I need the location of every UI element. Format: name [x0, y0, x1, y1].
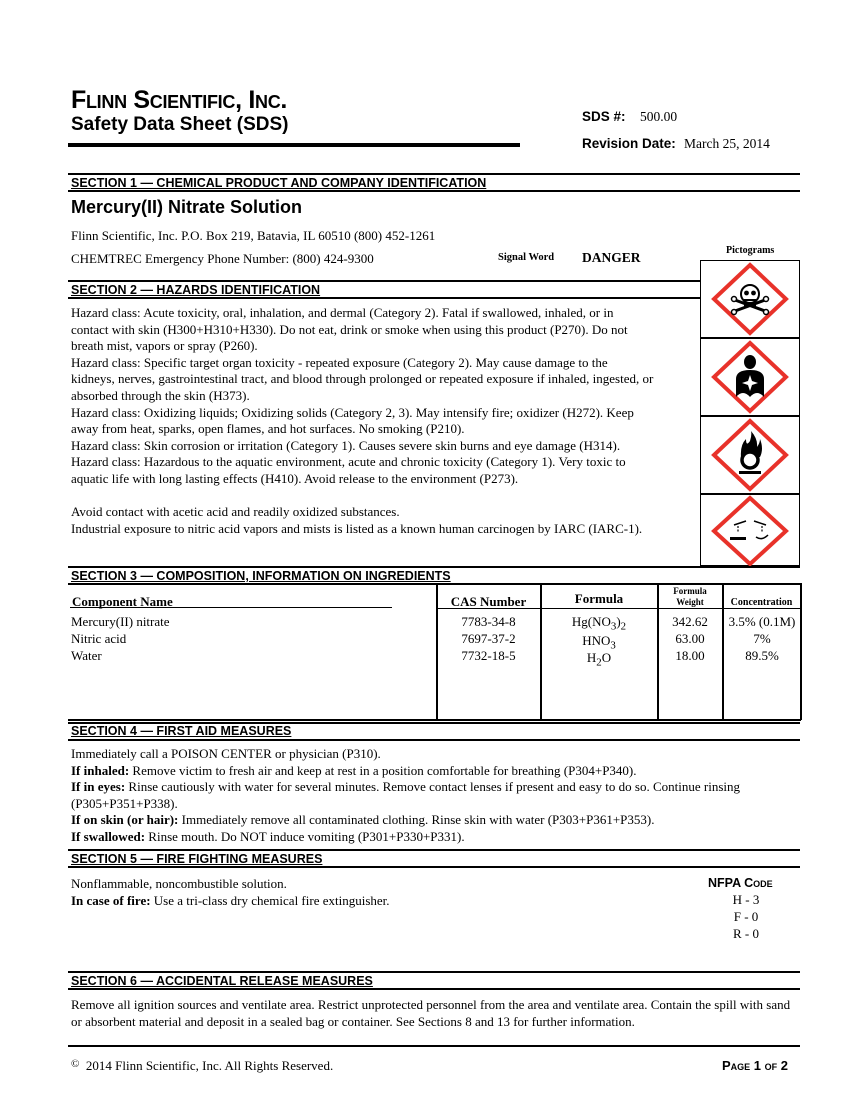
section3-bottom-rule [68, 583, 800, 585]
table-cell-cas: 7783-34-8 [437, 613, 540, 630]
nfpa-reactivity: R - 0 [726, 926, 766, 942]
corrosion-icon [710, 495, 790, 567]
skull-crossbones-icon [710, 261, 790, 337]
copyright-icon: © [71, 1058, 79, 1070]
first-aid-item: If in eyes: Rinse cautiously with water … [71, 779, 801, 812]
hazard-line: absorbed through the skin (H373). [71, 388, 701, 405]
nfpa-code-title: NFPA Code [708, 876, 773, 890]
pictograms-label: Pictograms [726, 245, 774, 256]
first-aid-item: If swallowed: Rinse mouth. Do NOT induce… [71, 829, 801, 846]
sds-number-label: SDS #: [582, 109, 626, 124]
nfpa-health: H - 3 [726, 892, 766, 908]
signal-word: DANGER [582, 250, 641, 266]
first-aid-measures: Immediately call a POISON CENTER or phys… [71, 746, 801, 846]
first-aid-item: If inhaled: Remove victim to fresh air a… [71, 763, 801, 780]
section5-bottom-rule [68, 866, 800, 868]
table-cell-weight: 63.00 [658, 630, 722, 647]
sds-number: 500.00 [640, 109, 677, 125]
section6-title: SECTION 6 — ACCIDENTAL RELEASE MEASURES [71, 974, 373, 988]
hazard-line: Hazard class: Skin corrosion or irritati… [71, 438, 701, 455]
section4-bottom-rule [68, 739, 800, 741]
section5-top-rule [68, 849, 800, 851]
hazard-line: kidneys, nerves, gastrointestinal tract,… [71, 371, 701, 388]
section3-top-rule [68, 566, 800, 568]
hazard-line: Hazard class: Specific target organ toxi… [71, 355, 701, 372]
hazard-line: contact with skin (H300+H310+H330). Do n… [71, 322, 701, 339]
table-cell-concentration: 3.5% (0.1M) [723, 613, 801, 630]
document-type: Safety Data Sheet (SDS) [71, 114, 289, 136]
fire-fighting-measures: Nonflammable, noncombustible solution. I… [71, 876, 671, 909]
table-cell-cas: 7732-18-5 [437, 647, 540, 664]
section2-bottom-rule [68, 297, 700, 299]
section3-title: SECTION 3 — COMPOSITION, INFORMATION ON … [71, 569, 451, 583]
table-cell-concentration: 89.5% [723, 647, 801, 664]
hazard-line: aquatic life with long lasting effects (… [71, 471, 701, 488]
hazard-line: Hazard class: Acute toxicity, oral, inha… [71, 305, 701, 322]
column-header-formula: Formula [541, 591, 657, 607]
first-aid-intro: Immediately call a POISON CENTER or phys… [71, 746, 801, 763]
table-cell-concentration: 7% [723, 630, 801, 647]
hazard-statements: Hazard class: Acute toxicity, oral, inha… [71, 305, 701, 537]
accidental-release-text: Remove all ignition sources and ventilat… [71, 997, 791, 1030]
table-cell-weight: 18.00 [658, 647, 722, 664]
oxidizer-flame-over-circle-icon [710, 417, 790, 493]
revision-date-label: Revision Date: [582, 136, 676, 151]
section6-top-rule [68, 971, 800, 973]
table-bottom-rule [68, 719, 801, 721]
table-cell-component: Nitric acid [71, 630, 431, 647]
section4-title: SECTION 4 — FIRST AID MEASURES [71, 724, 291, 738]
pictogram-skull-crossbones [700, 260, 800, 338]
section2-top-rule [68, 280, 700, 282]
page-number: Page 1 of 2 [722, 1058, 788, 1073]
product-name: Mercury(II) Nitrate Solution [71, 197, 302, 218]
footer-rule [68, 1045, 800, 1047]
section5-title: SECTION 5 — FIRE FIGHTING MEASURES [71, 852, 322, 866]
hazard-line: away from heat, sparks, open flames, and… [71, 421, 701, 438]
table-cell-formula: H2O [541, 649, 657, 672]
hazard-note: Industrial exposure to nitric acid vapor… [71, 521, 701, 538]
column-header-concentration: Concentration [723, 597, 800, 608]
copyright: © 2014 Flinn Scientific, Inc. All Rights… [71, 1058, 333, 1074]
section1-bottom-rule [68, 190, 800, 192]
company-name: Flinn Scientific, Inc. [71, 86, 287, 115]
hazard-line: Hazard class: Oxidizing liquids; Oxidizi… [71, 405, 701, 422]
hazard-line: breath mist, vapors or spray (P260). [71, 338, 701, 355]
column-header-formula-weight: Formula Weight [658, 586, 722, 608]
pictogram-corrosion [700, 494, 800, 566]
table-cell-weight: 342.62 [658, 613, 722, 630]
hazard-note: Avoid contact with acetic acid and readi… [71, 504, 701, 521]
company-address: Flinn Scientific, Inc. P.O. Box 219, Bat… [71, 228, 435, 244]
section6-bottom-rule [68, 988, 800, 990]
first-aid-item: If on skin (or hair): Immediately remove… [71, 812, 801, 829]
section1-title: SECTION 1 — CHEMICAL PRODUCT AND COMPANY… [71, 176, 486, 190]
pictogram-oxidizer [700, 416, 800, 494]
table-cell-component: Mercury(II) nitrate [71, 613, 431, 630]
health-hazard-icon [710, 339, 790, 415]
signal-word-label: Signal Word [498, 252, 554, 263]
header-rule [68, 143, 520, 147]
hazard-line: Hazard class: Hazardous to the aquatic e… [71, 454, 701, 471]
revision-date: March 25, 2014 [684, 136, 770, 152]
table-cell-cas: 7697-37-2 [437, 630, 540, 647]
nfpa-flammability: F - 0 [726, 909, 766, 925]
section2-title: SECTION 2 — HAZARDS IDENTIFICATION [71, 283, 320, 297]
section1-top-rule [68, 173, 800, 175]
pictogram-health-hazard [700, 338, 800, 416]
table-cell-component: Water [71, 647, 431, 664]
emergency-phone: CHEMTREC Emergency Phone Number: (800) 4… [71, 251, 374, 267]
